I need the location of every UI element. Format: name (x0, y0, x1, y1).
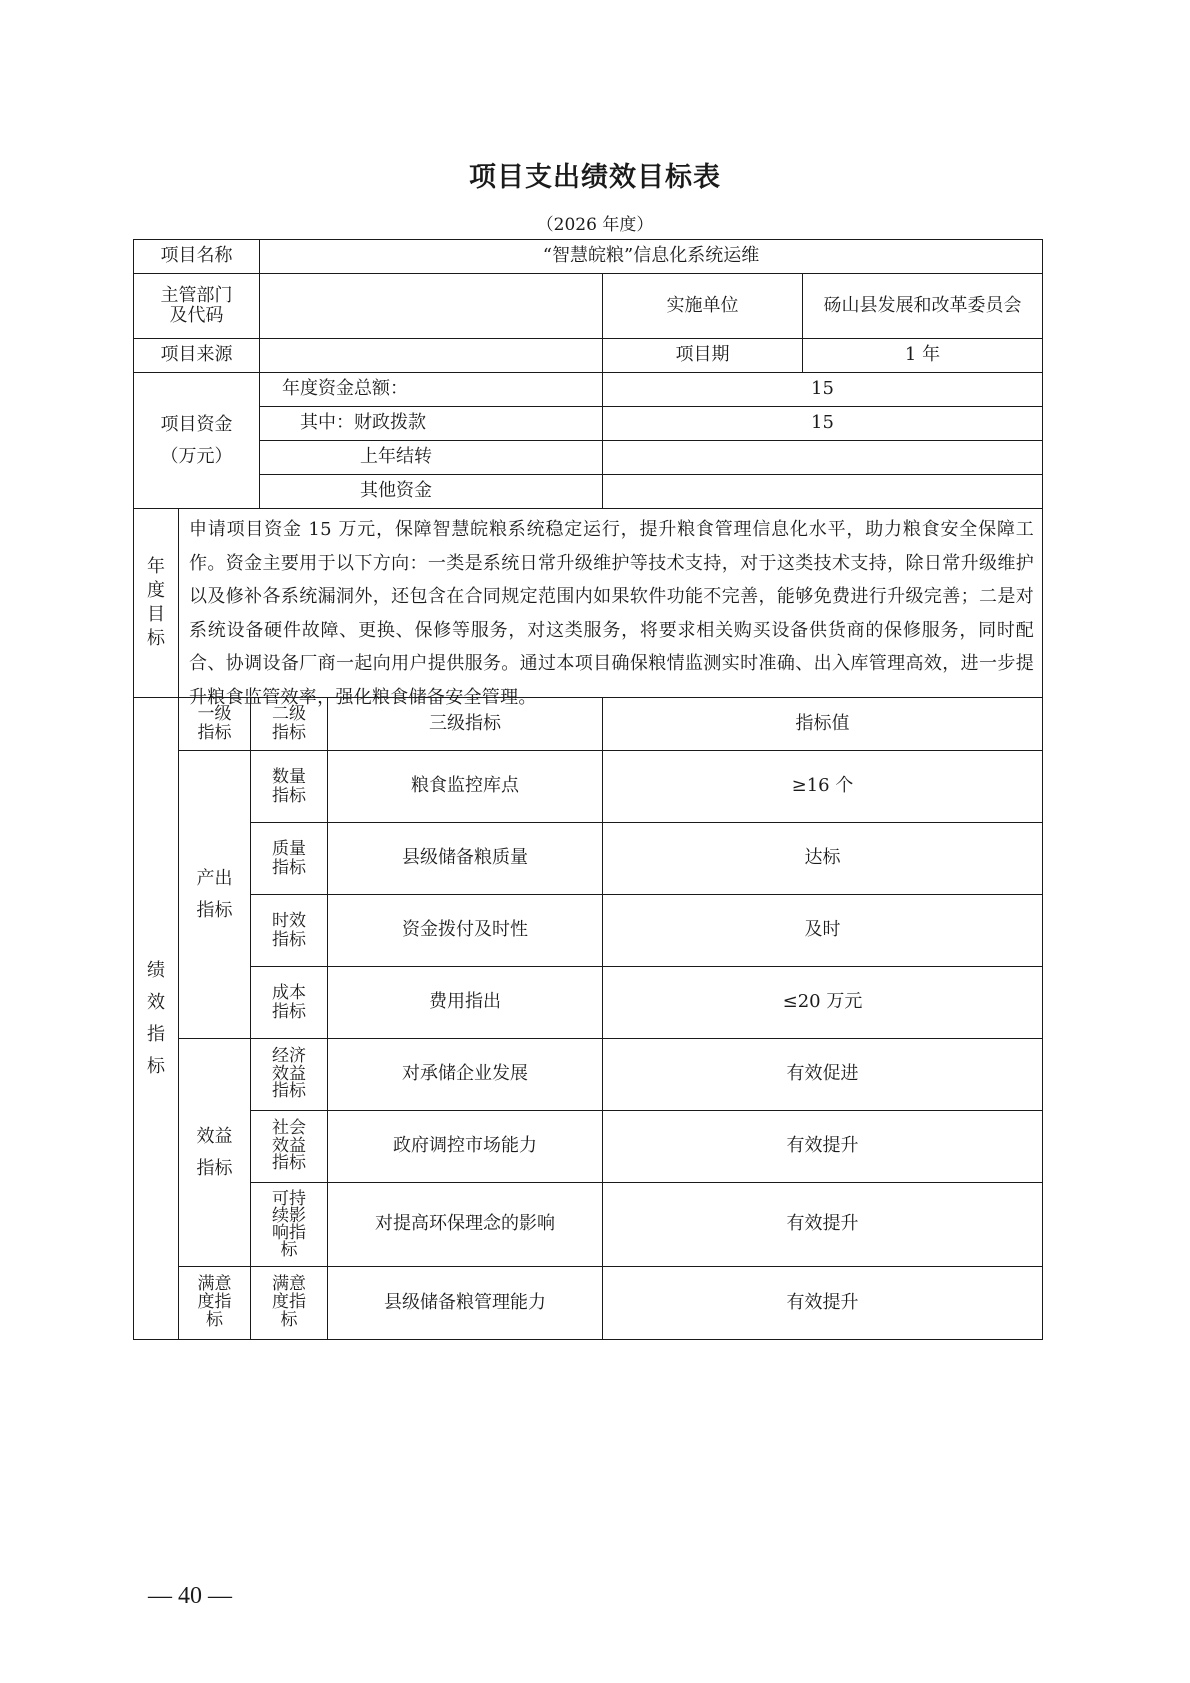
level3-sustainable: 对提高环保理念的影响 (327, 1182, 603, 1267)
funds-label: 项目资金（万元） (133, 372, 260, 509)
period-value: 1 年 (802, 338, 1043, 373)
annual-goal-text: 申请项目资金 15 万元，保障智慧皖粮系统稳定运行，提升粮食管理信息化水平，助力… (178, 508, 1043, 698)
level3-satisfaction: 县级储备粮管理能力 (327, 1266, 603, 1340)
header-level3: 三级指标 (327, 697, 603, 751)
funds-fiscal-label: 其中：财政拨款 (259, 406, 603, 441)
funds-other-value (602, 474, 1043, 509)
impl-unit-value: 砀山县发展和改革委员会 (802, 273, 1043, 339)
funds-total-value: 15 (602, 372, 1043, 407)
value-social: 有效提升 (602, 1110, 1043, 1183)
level2-quantity: 数量指标 (250, 750, 328, 823)
level2-timeliness: 时效指标 (250, 894, 328, 967)
level1-output: 产出指标 (178, 750, 251, 1039)
header-level1: 一级指标 (178, 697, 251, 751)
year-subtitle: （2026 年度） (0, 210, 1190, 235)
value-quality: 达标 (602, 822, 1043, 895)
page-number: — 40 — (148, 1583, 232, 1610)
level3-economic: 对承储企业发展 (327, 1038, 603, 1111)
level3-cost: 费用指出 (327, 966, 603, 1039)
level1-satisfaction: 满意度指标 (178, 1266, 251, 1340)
level3-social: 政府调控市场能力 (327, 1110, 603, 1183)
level2-satisfaction: 满意度指标 (250, 1266, 328, 1340)
value-economic: 有效促进 (602, 1038, 1043, 1111)
level2-social: 社会效益指标 (250, 1110, 328, 1183)
value-sustainable: 有效提升 (602, 1182, 1043, 1267)
funds-carryover-value (602, 440, 1043, 475)
level1-benefit: 效益指标 (178, 1038, 251, 1267)
funds-total-label: 年度资金总额： (259, 372, 603, 407)
performance-target-table: 项目名称 “智慧皖粮”信息化系统运维 主管部门及代码 实施单位 砀山县发展和改革… (133, 239, 1043, 1339)
value-cost: ≤20 万元 (602, 966, 1043, 1039)
header-level2: 二级指标 (250, 697, 328, 751)
header-value: 指标值 (602, 697, 1043, 751)
page-title: 项目支出绩效目标表 (0, 155, 1190, 194)
level2-sustainable: 可持续影响指标 (250, 1182, 328, 1267)
project-name-label: 项目名称 (133, 239, 260, 274)
source-label: 项目来源 (133, 338, 260, 373)
impl-unit-label: 实施单位 (602, 273, 803, 339)
level2-economic: 经济效益指标 (250, 1038, 328, 1111)
funds-fiscal-value: 15 (602, 406, 1043, 441)
level2-cost: 成本指标 (250, 966, 328, 1039)
level3-quality: 县级储备粮质量 (327, 822, 603, 895)
period-label: 项目期 (602, 338, 803, 373)
level3-quantity: 粮食监控库点 (327, 750, 603, 823)
indicators-label: 绩效指标 (133, 697, 179, 1340)
value-satisfaction: 有效提升 (602, 1266, 1043, 1340)
funds-carryover-label: 上年结转 (259, 440, 603, 475)
dept-value (259, 273, 603, 339)
value-quantity: ≥16 个 (602, 750, 1043, 823)
dept-label: 主管部门及代码 (133, 273, 260, 339)
level3-timeliness: 资金拨付及时性 (327, 894, 603, 967)
project-name-value: “智慧皖粮”信息化系统运维 (259, 239, 1043, 274)
source-value (259, 338, 603, 373)
value-timeliness: 及时 (602, 894, 1043, 967)
level2-quality: 质量指标 (250, 822, 328, 895)
annual-goal-label: 年度目标 (133, 508, 179, 698)
funds-other-label: 其他资金 (259, 474, 603, 509)
